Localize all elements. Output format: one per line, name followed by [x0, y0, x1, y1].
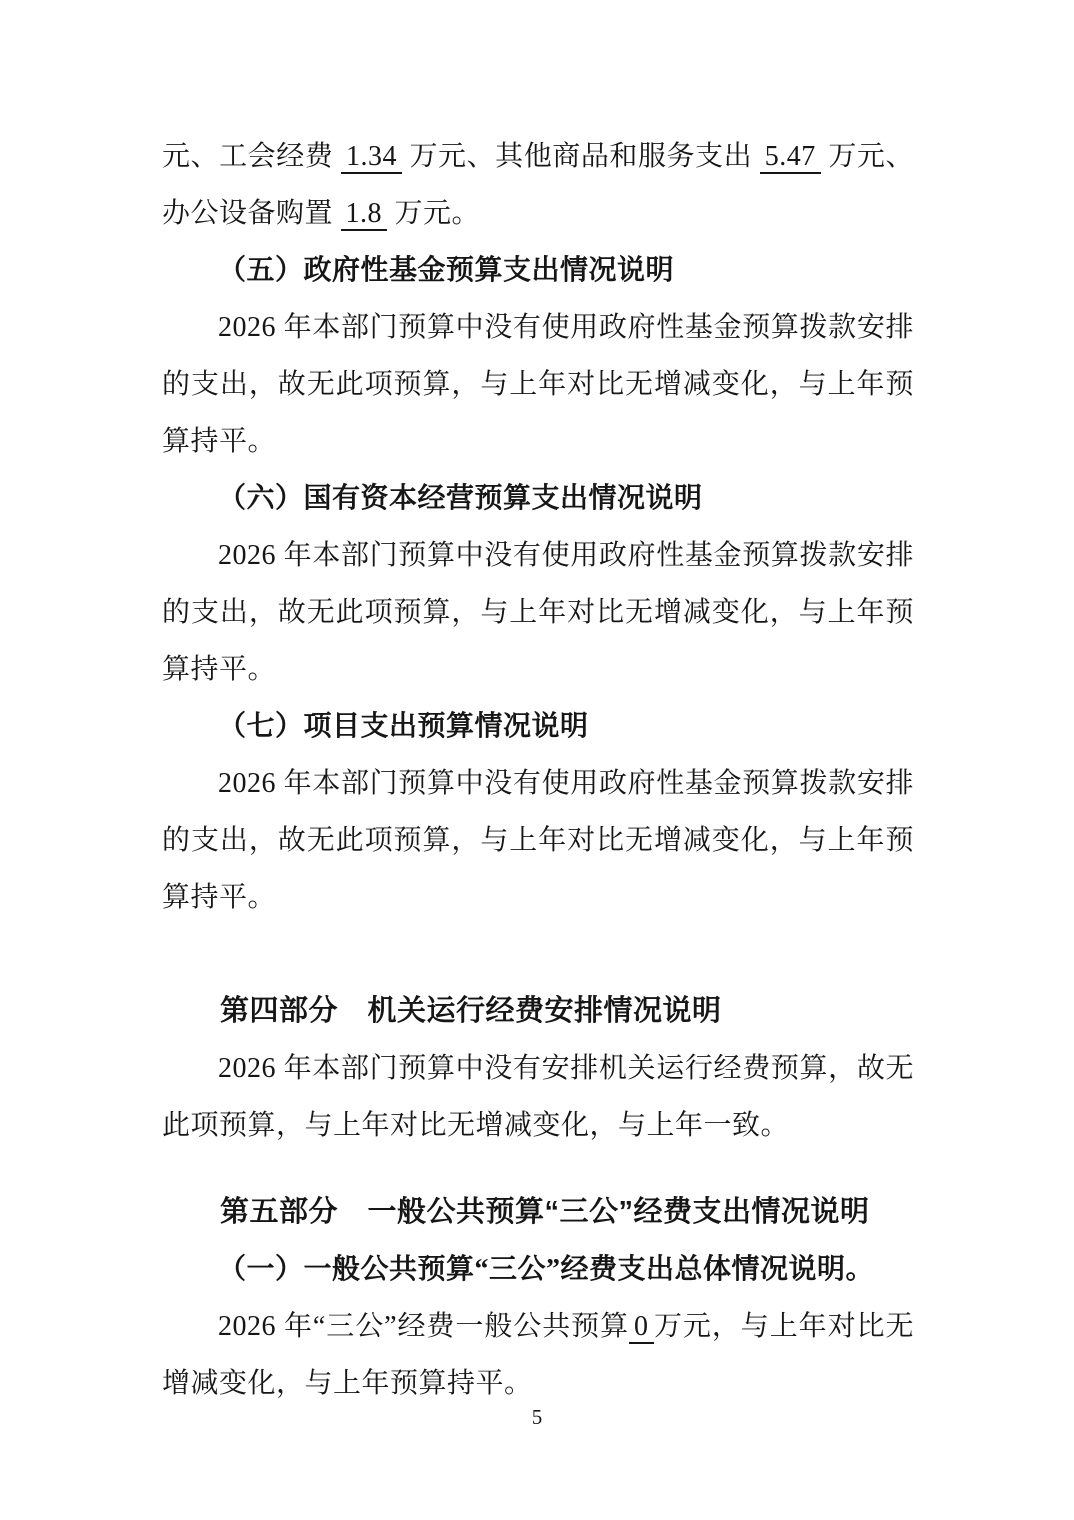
text-run: 万元、: [821, 141, 914, 172]
underlined-value-other-goods: 5.47: [760, 141, 821, 174]
page-number: 5: [0, 1402, 1074, 1432]
text-run: 万元。: [387, 198, 480, 229]
heading-section-6: （六）国有资本经营预算支出情况说明: [162, 470, 914, 527]
text-run: 办公设备购置: [162, 198, 341, 229]
document-page: 元、工会经费 1.34 万元、其他商品和服务支出 5.47 万元、办公设备购置 …: [0, 0, 1074, 1520]
heading-part-4: 第四部分 机关运行经费安排情况说明: [162, 983, 914, 1040]
text-run: 2026 年“三公”经费一般公共预算: [218, 1311, 629, 1342]
underlined-value-three-public: 0: [629, 1311, 654, 1344]
paragraph-section-7: 2026 年本部门预算中没有使用政府性基金预算拨款安排的支出，故无此项预算，与上…: [162, 755, 914, 926]
paragraph-continuation: 元、工会经费 1.34 万元、其他商品和服务支出 5.47 万元、办公设备购置 …: [162, 128, 914, 242]
paragraph-part-4: 2026 年本部门预算中没有安排机关运行经费预算，故无此项预算，与上年对比无增减…: [162, 1040, 914, 1154]
heading-section-7: （七）项目支出预算情况说明: [162, 698, 914, 755]
heading-section-5: （五）政府性基金预算支出情况说明: [162, 242, 914, 299]
paragraph-section-5: 2026 年本部门预算中没有使用政府性基金预算拨款安排的支出，故无此项预算，与上…: [162, 299, 914, 470]
underlined-value-union-fee: 1.34: [341, 141, 402, 174]
text-run: 元、工会经费: [162, 141, 341, 172]
paragraph-section-6: 2026 年本部门预算中没有使用政府性基金预算拨款安排的支出，故无此项预算，与上…: [162, 527, 914, 698]
paragraph-part-5: 2026 年“三公”经费一般公共预算0万元，与上年对比无增减变化，与上年预算持平…: [162, 1298, 914, 1412]
heading-part-5: 第五部分 一般公共预算“三公”经费支出情况说明: [162, 1184, 914, 1241]
heading-part-5-sub: （一）一般公共预算“三公”经费支出总体情况说明。: [162, 1241, 914, 1298]
underlined-value-office-equipment: 1.8: [341, 198, 388, 231]
text-run: 万元、其他商品和服务支出: [402, 141, 760, 172]
